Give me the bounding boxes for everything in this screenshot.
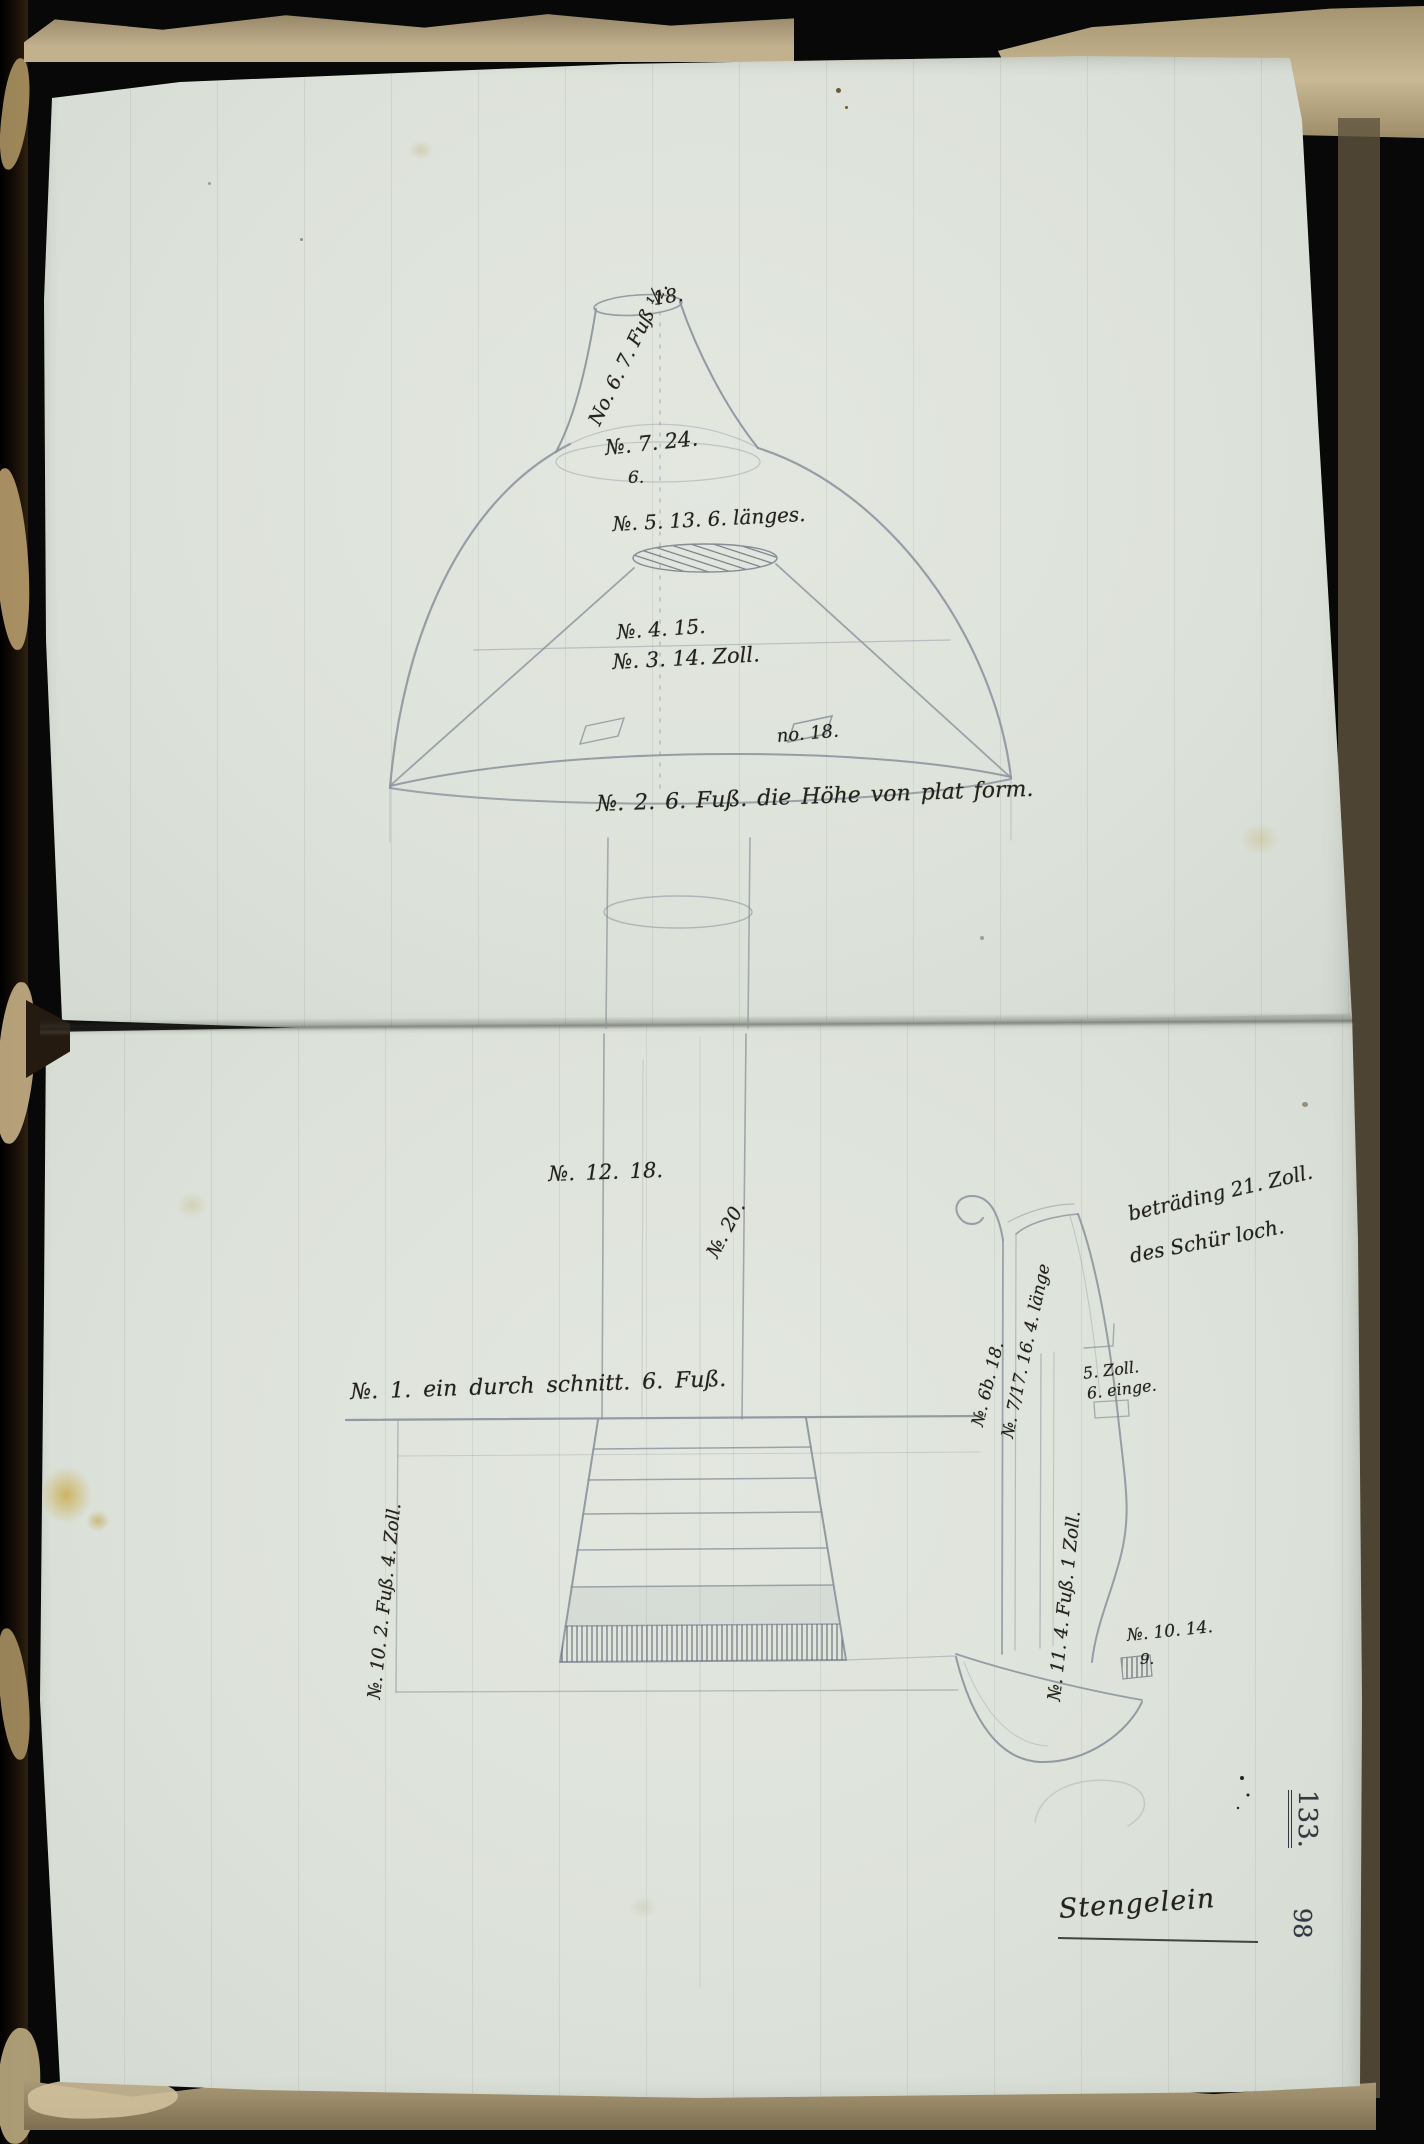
label-no7-sub: 6. bbox=[628, 470, 644, 487]
fox-stain bbox=[408, 140, 434, 160]
ink-speck bbox=[980, 936, 984, 940]
frayed-page-edge bbox=[0, 467, 34, 651]
ink-speck bbox=[208, 182, 211, 185]
label-no10-right-sub: 9. bbox=[1140, 1652, 1154, 1667]
ink-speck bbox=[300, 238, 303, 241]
label-no12: №. 12. 18. bbox=[548, 1160, 663, 1185]
archive-number-top: 133. bbox=[1288, 1790, 1320, 1848]
ink-speck bbox=[836, 88, 841, 93]
fox-stain bbox=[628, 1896, 658, 1918]
ink-speck bbox=[1302, 1102, 1308, 1107]
label-no4: №. 4. 15. bbox=[616, 616, 706, 642]
ink-speck bbox=[845, 106, 848, 109]
page-edge-top-left bbox=[24, 10, 794, 62]
upper-sheet bbox=[44, 54, 1354, 1032]
fox-stain bbox=[86, 1510, 110, 1532]
fox-stain bbox=[1240, 822, 1280, 856]
archive-number-bottom: 98 bbox=[1290, 1908, 1314, 1939]
fox-stain bbox=[176, 1192, 208, 1218]
fox-stain bbox=[40, 1466, 92, 1524]
manuscript-photo: 18. No. 6. 7. Fuß ½. №. 7. 24. 6. №. 5. … bbox=[0, 0, 1424, 2144]
lower-sheet bbox=[38, 1012, 1364, 2100]
